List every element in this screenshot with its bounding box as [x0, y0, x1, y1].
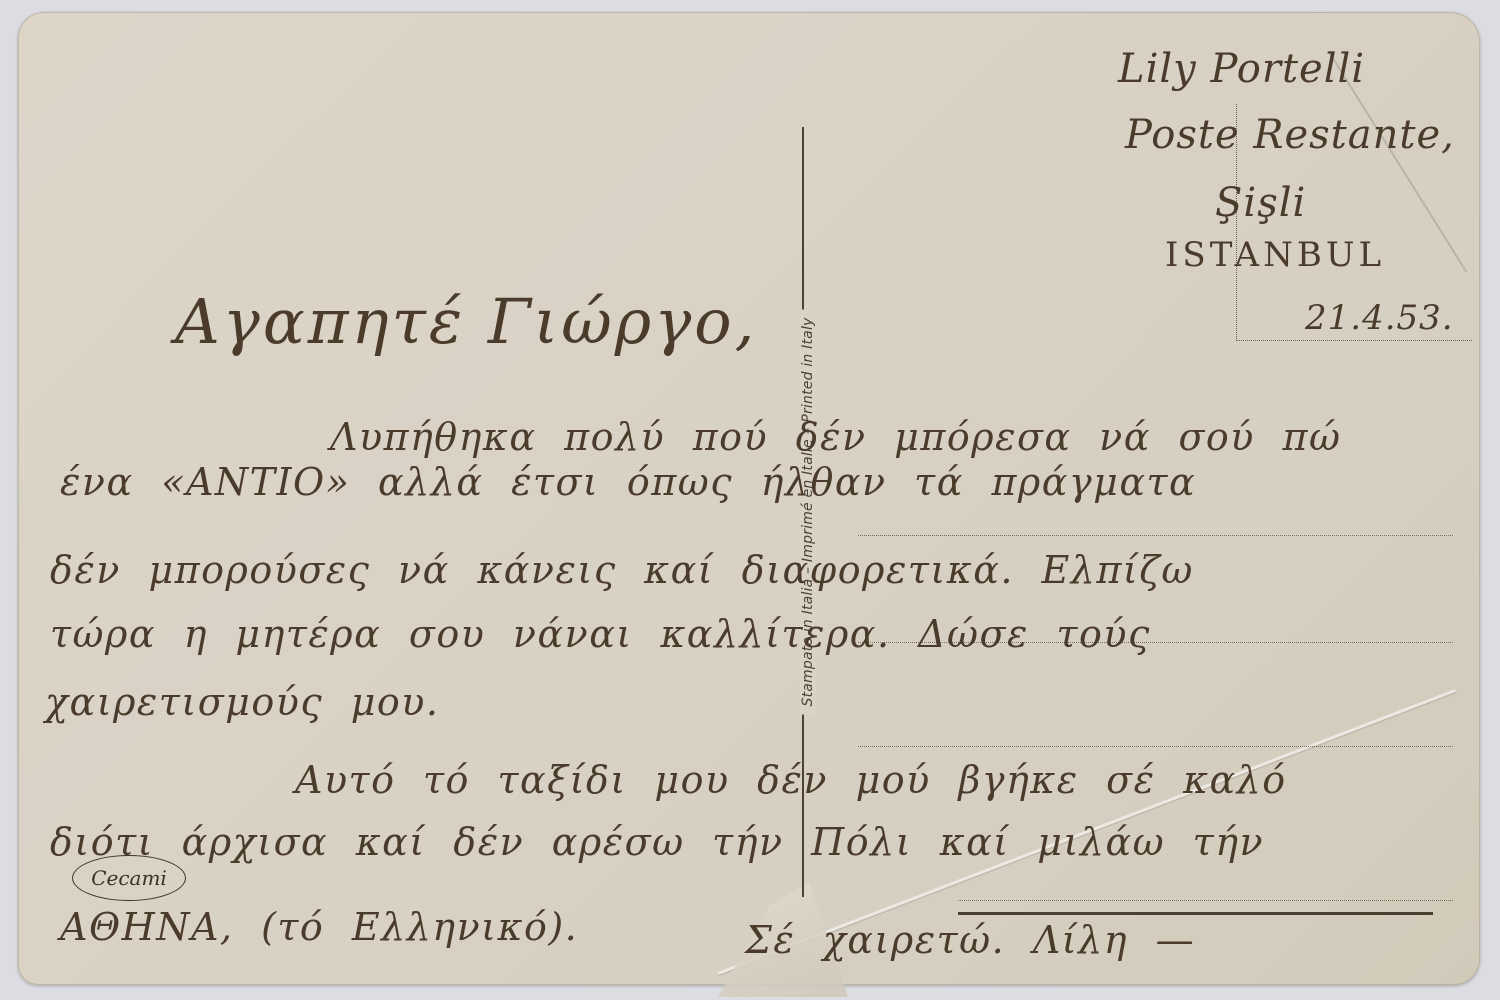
- message-line: ΑΘΗΝΑ, (τό Ελληνικό).: [60, 905, 578, 949]
- message-line: ένα «ΑΝΤΙΟ» αλλά έτσι όπως ήλθαν τά πράγ…: [60, 460, 1196, 504]
- message-line: δέν μπορούσες νά κάνεις καί διαφορετικά.…: [50, 548, 1194, 592]
- address-district: Şişli: [1215, 180, 1306, 226]
- message-line: διότι άρχισα καί δέν αρέσω τήν Πόλι καί …: [50, 820, 1264, 864]
- letter-date: 21.4.53.: [1305, 298, 1454, 338]
- address-line-4: [958, 900, 1453, 901]
- address-city: ISTANBUL: [1165, 235, 1385, 275]
- address-line-poste-restante: Poste Restante,: [1125, 112, 1455, 158]
- address-line-1: [858, 535, 1453, 536]
- address-line-3: [858, 746, 1453, 747]
- message-line: τώρα η μητέρα σου νάναι καλλίτερα. Δώσε …: [50, 612, 1151, 656]
- message-line: χαιρετισμούς μου.: [45, 680, 439, 724]
- salutation: Αγαπητέ Γιώργο,: [175, 285, 757, 358]
- message-line: Αυτό τό ταξίδι μου δέν μού βγήκε σέ καλό: [295, 758, 1287, 802]
- address-underline: [958, 912, 1433, 915]
- closing-signature: Σέ χαιρετώ. Λίλη —: [745, 918, 1195, 962]
- message-line: Λυπήθηκα πολύ πού δέν μπόρεσα νά σού πώ: [330, 415, 1341, 459]
- address-name: Lily Portelli: [1118, 46, 1365, 92]
